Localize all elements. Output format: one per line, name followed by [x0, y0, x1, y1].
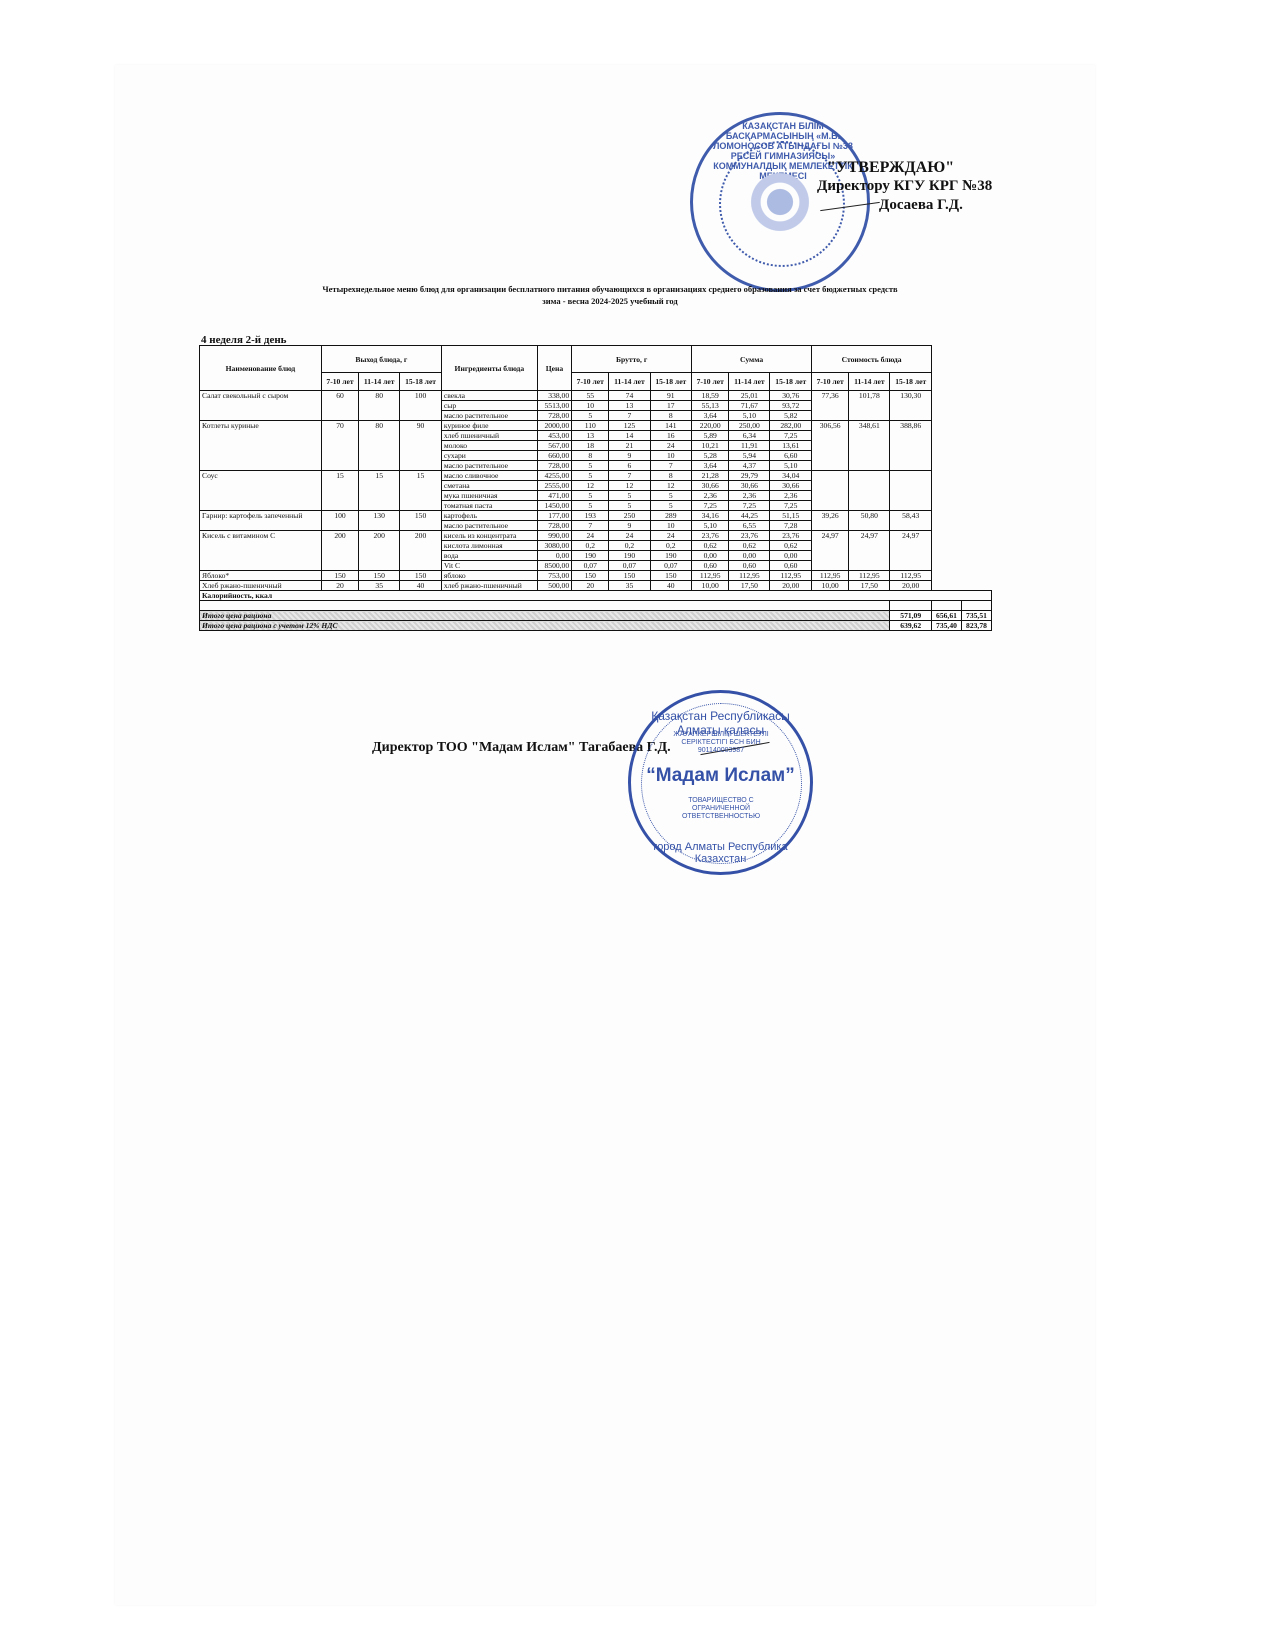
ingredient-gross: 7 — [650, 461, 692, 471]
dish-yield: 150 — [400, 571, 442, 581]
ingredient-name: мука пшеничная — [441, 491, 537, 501]
director-signature-line: Директор ТОО "Мадам Ислам" Тагабаева Г.Д… — [372, 740, 671, 756]
ingredient-gross: 21 — [609, 441, 650, 451]
total-value: 735,51 — [961, 611, 991, 621]
total-value: 656,61 — [932, 611, 962, 621]
total-value: 571,09 — [890, 611, 932, 621]
dish-cost — [849, 471, 890, 511]
ingredient-sum: 112,95 — [770, 571, 812, 581]
stamp-low-text: ТОВАРИЩЕСТВО С ОГРАНИЧЕННОЙ ОТВЕТСТВЕННО… — [681, 797, 761, 821]
ingredient-gross: 289 — [650, 511, 692, 521]
ingredient-sum: 3,64 — [692, 461, 729, 471]
blank-row — [200, 601, 992, 611]
ingredient-gross: 55 — [572, 391, 609, 401]
ingredient-gross: 13 — [572, 431, 609, 441]
approval-person: Досаева Г.Д. — [879, 196, 992, 215]
dish-cost: 112,95 — [890, 571, 932, 581]
ingredient-gross: 8 — [650, 471, 692, 481]
ingredient-gross: 24 — [650, 441, 692, 451]
ingredient-sum: 7,25 — [770, 501, 812, 511]
ingredient-sum: 25,01 — [729, 391, 770, 401]
ingredient-sum: 282,00 — [770, 421, 812, 431]
total-value: 639,62 — [890, 621, 932, 631]
header-age-group: 15-18 лет — [650, 373, 692, 391]
dish-name: Гарнир: картофель запеченный — [200, 511, 322, 531]
total-row: Итого цена рациона571,09656,61735,51 — [200, 611, 992, 621]
dish-yield: 150 — [359, 571, 400, 581]
header-age-group: 7-10 лет — [572, 373, 609, 391]
dish-cost — [812, 471, 849, 511]
ingredient-sum: 93,72 — [770, 401, 812, 411]
dish-cost: 58,43 — [890, 511, 932, 531]
ingredient-name: сыр — [441, 401, 537, 411]
ingredient-gross: 12 — [572, 481, 609, 491]
ingredient-gross: 24 — [609, 531, 650, 541]
table-row: Хлеб ржано-пшеничный203540хлеб ржано-пше… — [200, 581, 992, 591]
table-row: Яблоко*150150150яблоко753,00150150150112… — [200, 571, 992, 581]
blank-cell — [961, 601, 991, 611]
dish-name: Соус — [200, 471, 322, 511]
header-age-group: 11-14 лет — [849, 373, 890, 391]
ingredient-price: 4255,00 — [537, 471, 571, 481]
ingredient-sum: 51,15 — [770, 511, 812, 521]
blank-cell — [200, 601, 890, 611]
menu-table: Наименование блюдВыход блюда, гИнгредиен… — [199, 345, 992, 631]
ingredient-gross: 0,07 — [572, 561, 609, 571]
total-value: 735,40 — [932, 621, 962, 631]
ingredient-price: 728,00 — [537, 461, 571, 471]
dish-yield: 15 — [400, 471, 442, 511]
ingredient-sum: 112,95 — [729, 571, 770, 581]
ingredient-gross: 190 — [609, 551, 650, 561]
ingredient-gross: 5 — [609, 491, 650, 501]
header-age-group: 7-10 лет — [812, 373, 849, 391]
ingredient-sum: 13,61 — [770, 441, 812, 451]
ingredient-gross: 141 — [650, 421, 692, 431]
ingredient-price: 728,00 — [537, 521, 571, 531]
ingredient-sum: 23,76 — [770, 531, 812, 541]
ingredient-gross: 9 — [609, 521, 650, 531]
ingredient-sum: 7,25 — [692, 501, 729, 511]
ingredient-gross: 150 — [609, 571, 650, 581]
total-value: 823,78 — [961, 621, 991, 631]
ingredient-gross: 14 — [609, 431, 650, 441]
ingredient-gross: 9 — [609, 451, 650, 461]
ingredient-gross: 20 — [572, 581, 609, 591]
ingredient-sum: 5,10 — [692, 521, 729, 531]
ingredient-name: кислота лимонная — [441, 541, 537, 551]
ingredient-price: 753,00 — [537, 571, 571, 581]
ingredient-price: 567,00 — [537, 441, 571, 451]
ingredient-price: 728,00 — [537, 411, 571, 421]
ingredient-gross: 12 — [609, 481, 650, 491]
ingredient-price: 660,00 — [537, 451, 571, 461]
title-line-1: Четырехнедельное меню блюд для организац… — [200, 283, 1020, 295]
dish-cost: 20,00 — [890, 581, 932, 591]
ingredient-sum: 20,00 — [770, 581, 812, 591]
ingredient-gross: 250 — [609, 511, 650, 521]
ingredient-gross: 10 — [650, 521, 692, 531]
dish-cost: 77,36 — [812, 391, 849, 421]
dish-cost: 112,95 — [849, 571, 890, 581]
ingredient-gross: 10 — [650, 451, 692, 461]
ingredient-gross: 18 — [572, 441, 609, 451]
ingredient-sum: 0,00 — [692, 551, 729, 561]
ingredient-gross: 0,07 — [609, 561, 650, 571]
header-yield: Выход блюда, г — [321, 346, 441, 373]
ingredient-sum: 0,62 — [692, 541, 729, 551]
dish-cost: 24,97 — [849, 531, 890, 571]
ingredient-sum: 23,76 — [729, 531, 770, 541]
ingredient-gross: 0,2 — [572, 541, 609, 551]
ingredient-sum: 55,13 — [692, 401, 729, 411]
ingredient-gross: 5 — [609, 501, 650, 511]
ingredient-price: 2555,00 — [537, 481, 571, 491]
ingredient-sum: 220,00 — [692, 421, 729, 431]
table-row: Кисель с витамином С200200200кисель из к… — [200, 531, 992, 541]
ingredient-gross: 5 — [572, 461, 609, 471]
title-line-2: зима - весна 2024-2025 учебный год — [200, 295, 1020, 307]
ingredient-sum: 18,59 — [692, 391, 729, 401]
ingredient-sum: 0,60 — [692, 561, 729, 571]
stamp-mid-text: ЖАУАПКЕРШІЛІГІ ШЕКТЕУЛІ СЕРІКТЕСТІГІ БСН… — [671, 731, 771, 755]
ingredient-price: 177,00 — [537, 511, 571, 521]
ingredient-sum: 30,76 — [770, 391, 812, 401]
ingredient-sum: 71,67 — [729, 401, 770, 411]
ingredient-name: масло сливочное — [441, 471, 537, 481]
dish-yield: 70 — [321, 421, 358, 471]
ingredient-sum: 30,66 — [692, 481, 729, 491]
dish-yield: 35 — [359, 581, 400, 591]
ingredient-gross: 6 — [609, 461, 650, 471]
header-price: Цена — [537, 346, 571, 391]
dish-yield: 150 — [400, 511, 442, 531]
dish-cost: 24,97 — [812, 531, 849, 571]
ingredient-sum: 2,36 — [729, 491, 770, 501]
ingredient-gross: 5 — [572, 411, 609, 421]
ingredient-gross: 190 — [572, 551, 609, 561]
dish-yield: 200 — [400, 531, 442, 571]
dish-yield: 80 — [359, 421, 400, 471]
emblem-icon — [735, 157, 825, 247]
dish-yield: 150 — [321, 571, 358, 581]
ingredient-sum: 23,76 — [692, 531, 729, 541]
total-row: Итого цена рациона с учетом 12% НДС639,6… — [200, 621, 992, 631]
ingredient-sum: 6,55 — [729, 521, 770, 531]
dish-cost — [890, 471, 932, 511]
ingredient-gross: 74 — [609, 391, 650, 401]
header-age-group: 11-14 лет — [359, 373, 400, 391]
ingredient-price: 453,00 — [537, 431, 571, 441]
ingredient-gross: 24 — [650, 531, 692, 541]
ingredient-price: 3080,00 — [537, 541, 571, 551]
ingredient-gross: 5 — [572, 491, 609, 501]
total-label: Итого цена рациона — [200, 611, 890, 621]
header-cost: Стоимость блюда — [812, 346, 932, 373]
ingredient-gross: 7 — [609, 471, 650, 481]
dish-yield: 100 — [400, 391, 442, 421]
ingredient-gross: 40 — [650, 581, 692, 591]
ingredient-gross: 5 — [650, 491, 692, 501]
ingredient-gross: 10 — [572, 401, 609, 411]
approval-heading: "УТВЕРЖДАЮ" — [827, 158, 992, 177]
ingredient-sum: 0,62 — [729, 541, 770, 551]
ingredient-name: картофель — [441, 511, 537, 521]
ingredient-gross: 24 — [572, 531, 609, 541]
dish-cost: 39,26 — [812, 511, 849, 531]
ingredient-name: сметана — [441, 481, 537, 491]
ingredient-name: томатная паста — [441, 501, 537, 511]
dish-name: Хлеб ржано-пшеничный — [200, 581, 322, 591]
header-age-group: 15-18 лет — [890, 373, 932, 391]
ingredient-price: 1450,00 — [537, 501, 571, 511]
ingredient-sum: 10,21 — [692, 441, 729, 451]
ingredient-gross: 0,2 — [609, 541, 650, 551]
ingredient-sum: 112,95 — [692, 571, 729, 581]
dish-cost: 10,00 — [812, 581, 849, 591]
ingredient-gross: 5 — [572, 471, 609, 481]
dish-name: Яблоко* — [200, 571, 322, 581]
dish-yield: 200 — [321, 531, 358, 571]
ingredient-sum: 5,10 — [770, 461, 812, 471]
dish-name: Кисель с витамином С — [200, 531, 322, 571]
ingredient-sum: 29,79 — [729, 471, 770, 481]
ingredient-gross: 8 — [650, 411, 692, 421]
dish-yield: 15 — [359, 471, 400, 511]
ingredient-sum: 5,82 — [770, 411, 812, 421]
ingredient-sum: 2,36 — [692, 491, 729, 501]
ingredient-gross: 16 — [650, 431, 692, 441]
ingredient-price: 0,00 — [537, 551, 571, 561]
ingredient-sum: 10,00 — [692, 581, 729, 591]
ingredient-gross: 150 — [572, 571, 609, 581]
dish-yield: 80 — [359, 391, 400, 421]
calories-label: Калорийность, ккал — [200, 591, 992, 601]
table-row: Котлеты куриные708090куриное филе2000,00… — [200, 421, 992, 431]
ingredient-gross: 8 — [572, 451, 609, 461]
ingredient-sum: 3,64 — [692, 411, 729, 421]
dish-yield: 100 — [321, 511, 358, 531]
dish-cost: 348,61 — [849, 421, 890, 471]
blank-cell — [932, 601, 962, 611]
ingredient-sum: 7,28 — [770, 521, 812, 531]
ingredient-name: молоко — [441, 441, 537, 451]
ingredient-sum: 0,62 — [770, 541, 812, 551]
ingredient-sum: 5,89 — [692, 431, 729, 441]
ingredient-sum: 7,25 — [770, 431, 812, 441]
ingredient-sum: 6,34 — [729, 431, 770, 441]
dish-yield: 130 — [359, 511, 400, 531]
ingredient-sum: 2,36 — [770, 491, 812, 501]
ingredient-price: 500,00 — [537, 581, 571, 591]
ingredient-sum: 21,28 — [692, 471, 729, 481]
ingredient-price: 2000,00 — [537, 421, 571, 431]
ingredient-price: 990,00 — [537, 531, 571, 541]
ingredient-price: 471,00 — [537, 491, 571, 501]
ingredient-sum: 5,94 — [729, 451, 770, 461]
ingredient-sum: 34,04 — [770, 471, 812, 481]
ingredient-gross: 5 — [650, 501, 692, 511]
header-age-group: 15-18 лет — [400, 373, 442, 391]
dish-cost: 388,86 — [890, 421, 932, 471]
dish-yield: 60 — [321, 391, 358, 421]
dish-cost: 50,80 — [849, 511, 890, 531]
ingredient-gross: 150 — [650, 571, 692, 581]
header-sum: Сумма — [692, 346, 812, 373]
dish-yield: 20 — [321, 581, 358, 591]
ingredient-sum: 4,37 — [729, 461, 770, 471]
ingredient-sum: 30,66 — [729, 481, 770, 491]
ingredient-name: кисель из концентрата — [441, 531, 537, 541]
dish-name: Салат свекольный с сыром — [200, 391, 322, 421]
ingredient-gross: 0,07 — [650, 561, 692, 571]
ingredient-sum: 0,60 — [729, 561, 770, 571]
table-row: Гарнир: картофель запеченный100130150кар… — [200, 511, 992, 521]
ingredient-sum: 0,60 — [770, 561, 812, 571]
ingredient-name: куриное филе — [441, 421, 537, 431]
ingredient-price: 5513,00 — [537, 401, 571, 411]
header-ingredients: Ингредиенты блюда — [441, 346, 537, 391]
company-stamp: Қазақстан Республикасы Алматы қаласы ЖАУ… — [628, 690, 813, 875]
ingredient-gross: 12 — [650, 481, 692, 491]
ingredient-gross: 91 — [650, 391, 692, 401]
header-age-group: 7-10 лет — [692, 373, 729, 391]
ingredient-gross: 110 — [572, 421, 609, 431]
dish-cost: 17,50 — [849, 581, 890, 591]
dish-cost: 24,97 — [890, 531, 932, 571]
ingredient-gross: 190 — [650, 551, 692, 561]
ingredient-gross: 17 — [650, 401, 692, 411]
ingredient-sum: 0,00 — [770, 551, 812, 561]
dish-yield: 90 — [400, 421, 442, 471]
total-label: Итого цена рациона с учетом 12% НДС — [200, 621, 890, 631]
ingredient-name: хлеб ржано-пшеничный — [441, 581, 537, 591]
ingredient-price: 338,00 — [537, 391, 571, 401]
approval-position: Директору КГУ КРГ №38 — [817, 177, 992, 196]
ingredient-gross: 13 — [609, 401, 650, 411]
document-title: Четырехнедельное меню блюд для организац… — [200, 283, 1020, 307]
ingredient-price: 8500,00 — [537, 561, 571, 571]
dish-yield: 200 — [359, 531, 400, 571]
header-age-group: 7-10 лет — [321, 373, 358, 391]
ingredient-sum: 7,25 — [729, 501, 770, 511]
ingredient-sum: 44,25 — [729, 511, 770, 521]
ingredient-name: масло растительное — [441, 521, 537, 531]
ingredient-name: вода — [441, 551, 537, 561]
ingredient-gross: 7 — [572, 521, 609, 531]
ingredient-name: Vit C — [441, 561, 537, 571]
ingredient-gross: 0,2 — [650, 541, 692, 551]
ingredient-gross: 35 — [609, 581, 650, 591]
ingredient-sum: 30,66 — [770, 481, 812, 491]
ingredient-gross: 5 — [572, 501, 609, 511]
calories-row: Калорийность, ккал — [200, 591, 992, 601]
header-age-group: 11-14 лет — [729, 373, 770, 391]
blank-cell — [890, 601, 932, 611]
ingredient-sum: 17,50 — [729, 581, 770, 591]
ingredient-name: сухари — [441, 451, 537, 461]
header-gross: Брутто, г — [572, 346, 692, 373]
ingredient-gross: 193 — [572, 511, 609, 521]
table-row: Соус151515масло сливочное4255,0057821,28… — [200, 471, 992, 481]
ingredient-gross: 7 — [609, 411, 650, 421]
ingredient-sum: 250,00 — [729, 421, 770, 431]
ingredient-sum: 5,10 — [729, 411, 770, 421]
ingredient-name: масло растительное — [441, 411, 537, 421]
ingredient-name: свекла — [441, 391, 537, 401]
dish-name: Котлеты куриные — [200, 421, 322, 471]
dish-yield: 40 — [400, 581, 442, 591]
ingredient-sum: 0,00 — [729, 551, 770, 561]
stamp-bottom-text: город Алматы Республика Казахстан — [631, 841, 810, 865]
header-age-group: 11-14 лет — [609, 373, 650, 391]
ingredient-name: яблоко — [441, 571, 537, 581]
ingredient-gross: 125 — [609, 421, 650, 431]
dish-cost: 101,78 — [849, 391, 890, 421]
stamp-company-name: “Мадам Ислам” — [631, 765, 810, 787]
ingredient-sum: 34,16 — [692, 511, 729, 521]
header-dish-name: Наименование блюд — [200, 346, 322, 391]
dish-cost: 112,95 — [812, 571, 849, 581]
ingredient-name: хлеб пшеничный — [441, 431, 537, 441]
ingredient-name: масло растительное — [441, 461, 537, 471]
ingredient-sum: 5,28 — [692, 451, 729, 461]
dish-yield: 15 — [321, 471, 358, 511]
dish-cost: 130,30 — [890, 391, 932, 421]
ingredient-sum: 6,60 — [770, 451, 812, 461]
table-row: Салат свекольный с сыром6080100свекла338… — [200, 391, 992, 401]
header-age-group: 15-18 лет — [770, 373, 812, 391]
dish-cost: 306,56 — [812, 421, 849, 471]
ingredient-sum: 11,91 — [729, 441, 770, 451]
